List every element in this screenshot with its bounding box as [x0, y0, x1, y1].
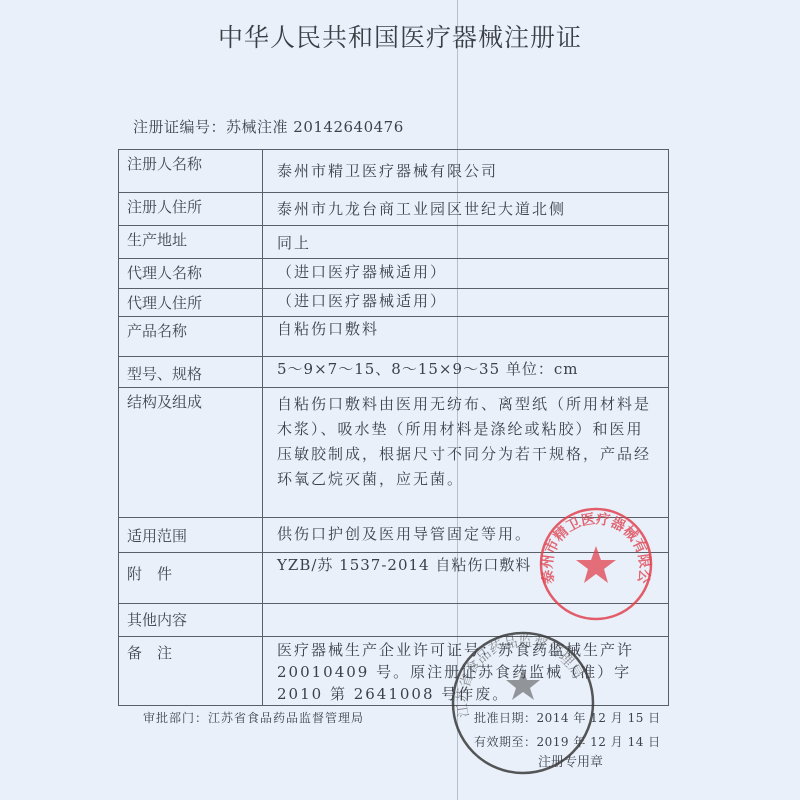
registration-number-value: 苏械注准 20142640476 — [226, 118, 404, 136]
table-row: 代理人名称 （进口医疗器械适用） — [119, 259, 669, 289]
row-value: 自粘伤口敷料 — [263, 317, 669, 357]
row-value: 泰州市精卫医疗器械有限公司 — [263, 150, 669, 193]
row-label: 注册人名称 — [119, 150, 263, 193]
row-value: 5～9×7～15、8～15×9～35 单位：cm — [263, 357, 669, 388]
row-value: 供伤口护创及医用导管固定等用。 — [263, 518, 669, 553]
table-row: 生产地址 同上 — [119, 226, 669, 259]
table-row: 备 注 医疗器械生产企业许可证号：苏食药监械生产许20010409 号。原注册证… — [119, 637, 669, 706]
table-row: 注册人名称 泰州市精卫医疗器械有限公司 — [119, 150, 669, 193]
approval-department: 审批部门：江苏省食品药品监督管理局 — [143, 709, 364, 726]
row-label: 型号、规格 — [119, 357, 263, 388]
row-label: 注册人住所 — [119, 193, 263, 226]
row-label: 生产地址 — [119, 226, 263, 259]
table-row: 附 件 YZB/苏 1537-2014 自粘伤口敷料 — [119, 553, 669, 604]
table-row: 结构及组成 自粘伤口敷料由医用无纺布、离型纸（所用材料是木浆）、吸水垫（所用材料… — [119, 388, 669, 518]
row-label: 代理人名称 — [119, 259, 263, 289]
registration-number-label: 注册证编号： — [133, 118, 226, 136]
approval-date: 批准日期：2014 年 12 月 15 日 — [474, 709, 661, 726]
table-row: 注册人住所 泰州市九龙台商工业园区世纪大道北侧 — [119, 193, 669, 226]
row-label: 其他内容 — [119, 604, 263, 637]
row-value: （进口医疗器械适用） — [263, 259, 669, 289]
row-value — [263, 604, 669, 637]
table-row: 型号、规格 5～9×7～15、8～15×9～35 单位：cm — [119, 357, 669, 388]
row-value: 医疗器械生产企业许可证号：苏食药监械生产许20010409 号。原注册证苏食药监… — [263, 637, 669, 706]
table-row: 代理人住所 （进口医疗器械适用） — [119, 289, 669, 317]
row-label: 附 件 — [119, 553, 263, 604]
row-label: 代理人住所 — [119, 289, 263, 317]
valid-until: 有效期至：2019 年 12 月 14 日 — [474, 733, 661, 750]
row-label: 备 注 — [119, 637, 263, 706]
page-title: 中华人民共和国医疗器械注册证 — [0, 18, 800, 54]
row-value: YZB/苏 1537-2014 自粘伤口敷料 — [263, 553, 669, 604]
row-label: 产品名称 — [119, 317, 263, 357]
row-label: 适用范围 — [119, 518, 263, 553]
registration-number: 注册证编号：苏械注准 20142640476 — [133, 116, 404, 137]
seal-label: 注册专用章 — [538, 751, 603, 770]
row-label: 结构及组成 — [119, 388, 263, 518]
certificate-table: 注册人名称 泰州市精卫医疗器械有限公司 注册人住所 泰州市九龙台商工业园区世纪大… — [118, 149, 669, 706]
table-row: 其他内容 — [119, 604, 669, 637]
row-value: 泰州市九龙台商工业园区世纪大道北侧 — [263, 193, 669, 226]
row-value: （进口医疗器械适用） — [263, 289, 669, 317]
row-value: 自粘伤口敷料由医用无纺布、离型纸（所用材料是木浆）、吸水垫（所用材料是涤纶或粘胶… — [263, 388, 669, 518]
row-value: 同上 — [263, 226, 669, 259]
table-row: 产品名称 自粘伤口敷料 — [119, 317, 669, 357]
table-row: 适用范围 供伤口护创及医用导管固定等用。 — [119, 518, 669, 553]
